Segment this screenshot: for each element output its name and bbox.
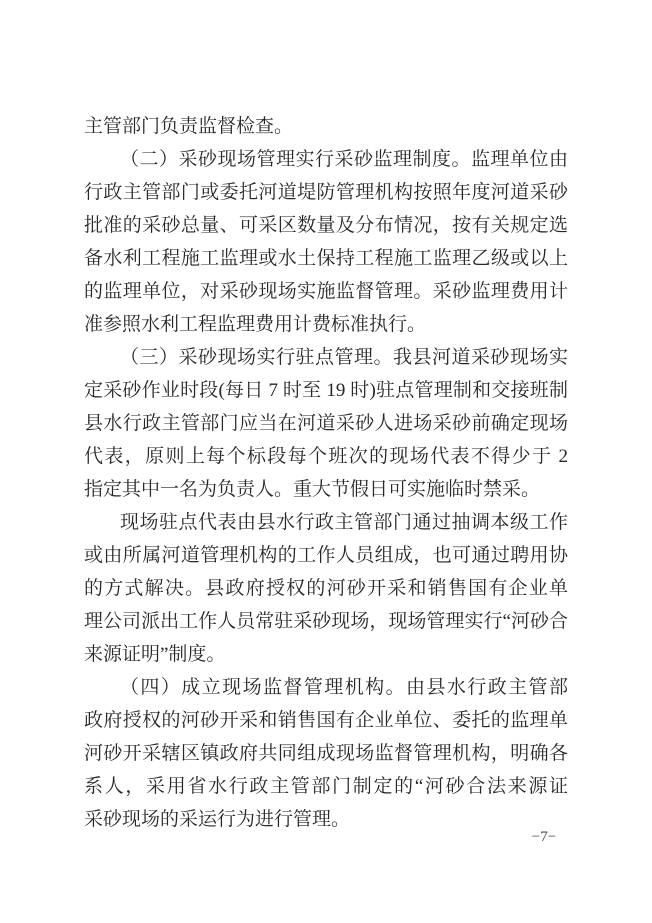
document-line: 定采砂作业时段(每日 7 时至 19 时)驻点管理制和交接班制度。 [84,374,568,407]
document-line: 的监理单位，对采砂现场实施监督管理。采砂监理费用计费标 [84,275,568,308]
document-line: 指定其中一名为负责人。重大节假日可实施临时禁采。 [84,473,568,506]
document-page: 主管部门负责监督检查。 （二）采砂现场管理实行采砂监理制度。监理单位由县水 行政… [0,0,652,923]
document-line: 现场驻点代表由县水行政主管部门通过抽调本级工作人员 [84,506,568,539]
document-line: 理公司派出工作人员常驻采砂现场，现场管理实行“河砂合法 [84,605,568,638]
document-line: 河砂开采辖区镇政府共同组成现场监督管理机构，明确各方联 [84,737,568,770]
document-line: 政府授权的河砂开采和销售国有企业单位、委托的监理单位和 [84,704,568,737]
document-line: 的方式解决。县政府授权的河砂开采和销售国有企业单位、监 [84,572,568,605]
document-line: 或由所属河道管理机构的工作人员组成，也可通过聘用协管员 [84,539,568,572]
document-body: 主管部门负责监督检查。 （二）采砂现场管理实行采砂监理制度。监理单位由县水 行政… [84,110,568,836]
document-line: 代表，原则上每个标段每个班次的现场代表不得少于 2 名，并 [84,440,568,473]
document-line: 县水行政主管部门应当在河道采砂人进场采砂前确定现场驻点 [84,407,568,440]
document-line: 行政主管部门或委托河道堤防管理机构按照年度河道采砂计划 [84,176,568,209]
document-line: （四）成立现场监督管理机构。由县水行政主管部门、县 [84,671,568,704]
document-line: （三）采砂现场实行驻点管理。我县河道采砂现场实行法 [84,341,568,374]
page-number: −7− [514,827,574,847]
document-line: 来源证明”制度。 [84,638,568,671]
document-line: 准参照水利工程监理费用计费标准执行。 [84,308,568,341]
document-line: 采砂现场的采运行为进行管理。 [84,803,568,836]
document-line: （二）采砂现场管理实行采砂监理制度。监理单位由县水 [84,143,568,176]
document-line: 主管部门负责监督检查。 [84,110,568,143]
document-line: 批准的采砂总量、可采区数量及分布情况，按有关规定选择具 [84,209,568,242]
document-line: 系人，采用省水行政主管部门制定的“河砂合法来源证明”对 [84,770,568,803]
document-line: 备水利工程施工监理或水土保持工程施工监理乙级或以上资质 [84,242,568,275]
